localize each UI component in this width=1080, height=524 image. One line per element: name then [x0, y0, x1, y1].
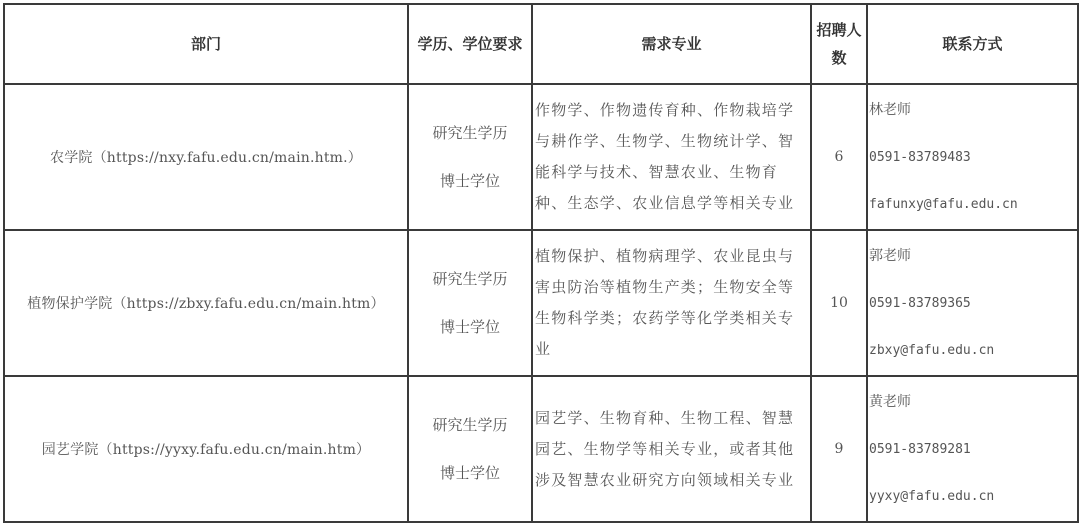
table-row: 园艺学院（https://yyxy.fafu.edu.cn/main.htm） …	[4, 376, 1078, 522]
recruitment-table: 部门 学历、学位要求 需求专业 招聘人 数 联系方式 农学院（https://n…	[3, 3, 1079, 523]
table-row: 农学院（https://nxy.fafu.edu.cn/main.htm.） 研…	[4, 84, 1078, 230]
education-level: 博士学位	[409, 449, 531, 497]
education-degree: 研究生学历	[409, 255, 531, 303]
header-education: 学历、学位要求	[408, 4, 532, 84]
education-cell: 研究生学历 博士学位	[408, 230, 532, 376]
count-cell: 6	[811, 84, 867, 230]
contact-cell: 郭老师 0591-83789365 zbxy@fafu.edu.cn	[867, 230, 1078, 376]
count-cell: 10	[811, 230, 867, 376]
header-majors: 需求专业	[532, 4, 811, 84]
department-cell: 农学院（https://nxy.fafu.edu.cn/main.htm.）	[4, 84, 408, 230]
header-row: 部门 学历、学位要求 需求专业 招聘人 数 联系方式	[4, 4, 1078, 84]
contact-phone: 0591-83789281	[869, 426, 1077, 473]
contact-cell: 黄老师 0591-83789281 yyxy@fafu.edu.cn	[867, 376, 1078, 522]
education-degree: 研究生学历	[409, 109, 531, 157]
contact-phone: 0591-83789483	[869, 134, 1077, 181]
contact-name: 黄老师	[869, 379, 1077, 426]
majors-cell: 植物保护、植物病理学、农业昆虫与害虫防治等植物生产类；生物安全等生物科学类；农药…	[532, 230, 811, 376]
header-department: 部门	[4, 4, 408, 84]
contact-email: yyxy@fafu.edu.cn	[869, 473, 1077, 520]
majors-cell: 作物学、作物遗传育种、作物栽培学与耕作学、生物学、生物统计学、智能科学与技术、智…	[532, 84, 811, 230]
contact-name: 郭老师	[869, 233, 1077, 280]
department-cell: 植物保护学院（https://zbxy.fafu.edu.cn/main.htm…	[4, 230, 408, 376]
contact-cell: 林老师 0591-83789483 fafunxy@fafu.edu.cn	[867, 84, 1078, 230]
majors-cell: 园艺学、生物育种、生物工程、智慧园艺、生物学等相关专业，或者其他涉及智慧农业研究…	[532, 376, 811, 522]
education-level: 博士学位	[409, 157, 531, 205]
contact-email: fafunxy@fafu.edu.cn	[869, 181, 1077, 228]
education-level: 博士学位	[409, 303, 531, 351]
education-cell: 研究生学历 博士学位	[408, 84, 532, 230]
table-row: 植物保护学院（https://zbxy.fafu.edu.cn/main.htm…	[4, 230, 1078, 376]
education-cell: 研究生学历 博士学位	[408, 376, 532, 522]
contact-email: zbxy@fafu.edu.cn	[869, 327, 1077, 374]
department-cell: 园艺学院（https://yyxy.fafu.edu.cn/main.htm）	[4, 376, 408, 522]
header-count-line2: 数	[812, 44, 866, 72]
count-cell: 9	[811, 376, 867, 522]
header-contact: 联系方式	[867, 4, 1078, 84]
education-degree: 研究生学历	[409, 401, 531, 449]
contact-name: 林老师	[869, 87, 1077, 134]
header-count: 招聘人 数	[811, 4, 867, 84]
contact-phone: 0591-83789365	[869, 280, 1077, 327]
header-count-line1: 招聘人	[812, 16, 866, 44]
